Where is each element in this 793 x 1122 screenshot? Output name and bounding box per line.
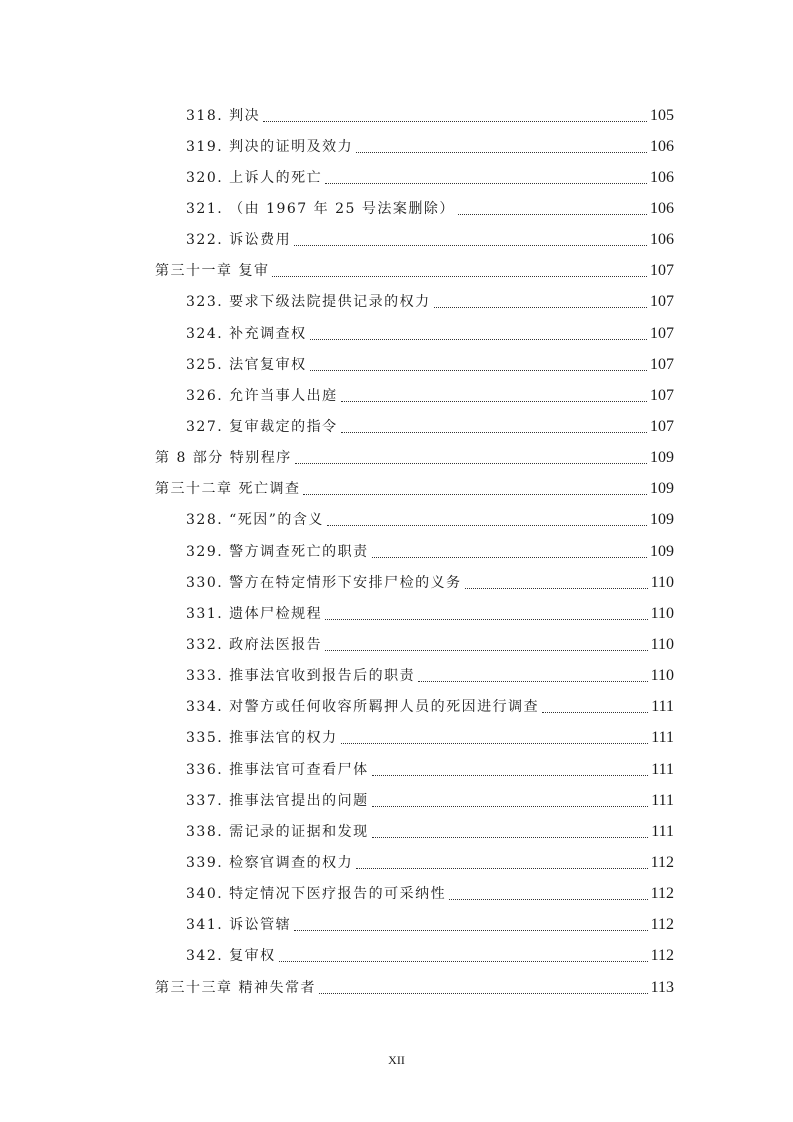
toc-entry-title: 325. 法官复审权 bbox=[186, 353, 310, 377]
toc-entry-section[interactable]: 337. 推事法官提出的问题111 bbox=[155, 785, 674, 816]
toc-entry-title: 321. （由 1967 年 25 号法案删除） bbox=[186, 197, 458, 221]
toc-entry-page-number: 111 bbox=[648, 695, 674, 719]
dot-leader bbox=[372, 789, 649, 813]
toc-entry-title: 320. 上诉人的死亡 bbox=[186, 166, 325, 190]
toc-entry-page-number: 112 bbox=[648, 913, 674, 937]
toc-entry-page-number: 106 bbox=[647, 135, 674, 159]
toc-entry-chapter[interactable]: 第三十一章 复审107 bbox=[155, 256, 674, 287]
dot-leader bbox=[356, 135, 647, 159]
toc-entry-page-number: 112 bbox=[648, 882, 674, 906]
dot-leader bbox=[418, 664, 647, 688]
dot-leader bbox=[310, 322, 647, 346]
toc-entry-title: 331. 遗体尸检规程 bbox=[186, 602, 325, 626]
toc-entry-section[interactable]: 319. 判决的证明及效力106 bbox=[155, 131, 674, 162]
toc-entry-page-number: 107 bbox=[647, 384, 674, 408]
toc-entry-page-number: 106 bbox=[647, 197, 674, 221]
dot-leader bbox=[449, 882, 647, 906]
dot-leader bbox=[465, 571, 648, 595]
toc-entry-page-number: 106 bbox=[647, 228, 674, 252]
toc-entry-title: 323. 要求下级法院提供记录的权力 bbox=[186, 290, 434, 314]
toc-entry-page-number: 110 bbox=[648, 633, 674, 657]
toc-entry-title: 第 8 部分 特别程序 bbox=[155, 446, 295, 470]
dot-leader bbox=[272, 259, 647, 283]
dot-leader bbox=[372, 758, 649, 782]
toc-entry-section[interactable]: 320. 上诉人的死亡106 bbox=[155, 162, 674, 193]
toc-entry-title: 328. “死因”的含义 bbox=[186, 508, 327, 532]
toc-entry-title: 330. 警方在特定情形下安排尸检的义务 bbox=[186, 571, 465, 595]
toc-entry-title: 324. 补充调查权 bbox=[186, 322, 310, 346]
toc-entry-title: 337. 推事法官提出的问题 bbox=[186, 789, 372, 813]
toc-entry-section[interactable]: 342. 复审权112 bbox=[155, 941, 674, 972]
dot-leader bbox=[294, 913, 647, 937]
toc-entry-section[interactable]: 329. 警方调查死亡的职责109 bbox=[155, 536, 674, 567]
dot-leader bbox=[295, 446, 647, 470]
dot-leader bbox=[325, 602, 647, 626]
toc-entry-title: 339. 检察官调查的权力 bbox=[186, 851, 356, 875]
dot-leader bbox=[372, 540, 647, 564]
dot-leader bbox=[542, 695, 648, 719]
toc-entry-title: 318. 判决 bbox=[186, 104, 263, 128]
toc-entry-section[interactable]: 326. 允许当事人出庭107 bbox=[155, 380, 674, 411]
toc-entry-section[interactable]: 328. “死因”的含义109 bbox=[155, 505, 674, 536]
toc-entry-section[interactable]: 333. 推事法官收到报告后的职责110 bbox=[155, 661, 674, 692]
toc-entry-title: 341. 诉讼管辖 bbox=[186, 913, 294, 937]
dot-leader bbox=[310, 353, 647, 377]
toc-entry-section[interactable]: 335. 推事法官的权力111 bbox=[155, 723, 674, 754]
toc-entry-page-number: 109 bbox=[647, 540, 674, 564]
toc-entry-section[interactable]: 339. 检察官调查的权力112 bbox=[155, 847, 674, 878]
dot-leader bbox=[327, 508, 647, 532]
toc-entry-section[interactable]: 322. 诉讼费用106 bbox=[155, 225, 674, 256]
toc-entry-title: 333. 推事法官收到报告后的职责 bbox=[186, 664, 418, 688]
toc-entry-page-number: 106 bbox=[647, 166, 674, 190]
toc-entry-section[interactable]: 324. 补充调查权107 bbox=[155, 318, 674, 349]
toc-entry-page-number: 111 bbox=[648, 789, 674, 813]
dot-leader bbox=[325, 166, 647, 190]
toc-entry-title: 332. 政府法医报告 bbox=[186, 633, 325, 657]
toc-entry-title: 第三十一章 复审 bbox=[155, 259, 272, 283]
toc-entry-part[interactable]: 第 8 部分 特别程序109 bbox=[155, 443, 674, 474]
toc-entry-chapter[interactable]: 第三十三章 精神失常者113 bbox=[155, 972, 674, 1003]
toc-entry-title: 340. 特定情况下医疗报告的可采纳性 bbox=[186, 882, 449, 906]
dot-leader bbox=[325, 633, 647, 657]
toc-entry-page-number: 111 bbox=[648, 726, 674, 750]
dot-leader bbox=[303, 477, 647, 501]
toc-entry-title: 第三十三章 精神失常者 bbox=[155, 976, 319, 1000]
toc-entry-page-number: 107 bbox=[647, 322, 674, 346]
table-of-contents: 318. 判决105319. 判决的证明及效力106320. 上诉人的死亡106… bbox=[155, 100, 674, 1003]
dot-leader bbox=[458, 197, 647, 221]
toc-entry-section[interactable]: 338. 需记录的证据和发现111 bbox=[155, 816, 674, 847]
toc-entry-page-number: 110 bbox=[648, 571, 674, 595]
toc-entry-section[interactable]: 336. 推事法官可查看尸体111 bbox=[155, 754, 674, 785]
dot-leader bbox=[341, 415, 647, 439]
toc-entry-page-number: 110 bbox=[648, 602, 674, 626]
toc-entry-page-number: 109 bbox=[647, 446, 674, 470]
toc-entry-page-number: 107 bbox=[647, 353, 674, 377]
toc-entry-section[interactable]: 332. 政府法医报告110 bbox=[155, 629, 674, 660]
toc-entry-title: 334. 对警方或任何收容所羁押人员的死因进行调查 bbox=[186, 695, 542, 719]
toc-entry-title: 319. 判决的证明及效力 bbox=[186, 135, 356, 159]
dot-leader bbox=[279, 944, 648, 968]
toc-entry-title: 342. 复审权 bbox=[186, 944, 279, 968]
toc-entry-section[interactable]: 323. 要求下级法院提供记录的权力107 bbox=[155, 287, 674, 318]
dot-leader bbox=[263, 104, 647, 128]
toc-entry-section[interactable]: 327. 复审裁定的指令107 bbox=[155, 411, 674, 442]
toc-entry-title: 327. 复审裁定的指令 bbox=[186, 415, 341, 439]
toc-entry-section[interactable]: 341. 诉讼管辖112 bbox=[155, 910, 674, 941]
toc-entry-title: 329. 警方调查死亡的职责 bbox=[186, 540, 372, 564]
toc-entry-title: 326. 允许当事人出庭 bbox=[186, 384, 341, 408]
toc-entry-page-number: 109 bbox=[647, 508, 674, 532]
toc-entry-section[interactable]: 330. 警方在特定情形下安排尸检的义务110 bbox=[155, 567, 674, 598]
toc-entry-page-number: 105 bbox=[647, 104, 674, 128]
toc-entry-page-number: 110 bbox=[648, 664, 674, 688]
toc-entry-page-number: 109 bbox=[647, 477, 674, 501]
dot-leader bbox=[434, 290, 647, 314]
toc-entry-section[interactable]: 331. 遗体尸检规程110 bbox=[155, 598, 674, 629]
toc-entry-section[interactable]: 325. 法官复审权107 bbox=[155, 349, 674, 380]
toc-entry-section[interactable]: 334. 对警方或任何收容所羁押人员的死因进行调查111 bbox=[155, 692, 674, 723]
toc-entry-section[interactable]: 321. （由 1967 年 25 号法案删除）106 bbox=[155, 193, 674, 224]
toc-entry-title: 338. 需记录的证据和发现 bbox=[186, 820, 372, 844]
toc-entry-page-number: 107 bbox=[647, 415, 674, 439]
toc-entry-page-number: 111 bbox=[648, 820, 674, 844]
toc-entry-chapter[interactable]: 第三十二章 死亡调查109 bbox=[155, 474, 674, 505]
toc-entry-page-number: 112 bbox=[648, 944, 674, 968]
toc-entry-section[interactable]: 340. 特定情况下医疗报告的可采纳性112 bbox=[155, 879, 674, 910]
toc-entry-page-number: 112 bbox=[648, 851, 674, 875]
dot-leader bbox=[372, 820, 649, 844]
dot-leader bbox=[341, 384, 647, 408]
toc-entry-title: 335. 推事法官的权力 bbox=[186, 726, 341, 750]
toc-entry-page-number: 113 bbox=[648, 976, 674, 1000]
toc-entry-page-number: 107 bbox=[647, 290, 674, 314]
dot-leader bbox=[294, 228, 647, 252]
toc-entry-page-number: 111 bbox=[648, 758, 674, 782]
toc-entry-section[interactable]: 318. 判决105 bbox=[155, 100, 674, 131]
page-number: XII bbox=[0, 1053, 793, 1068]
toc-entry-title: 322. 诉讼费用 bbox=[186, 228, 294, 252]
dot-leader bbox=[341, 726, 649, 750]
toc-entry-page-number: 107 bbox=[647, 259, 674, 283]
dot-leader bbox=[319, 976, 648, 1000]
toc-entry-title: 第三十二章 死亡调查 bbox=[155, 477, 303, 501]
dot-leader bbox=[356, 851, 647, 875]
toc-entry-title: 336. 推事法官可查看尸体 bbox=[186, 758, 372, 782]
